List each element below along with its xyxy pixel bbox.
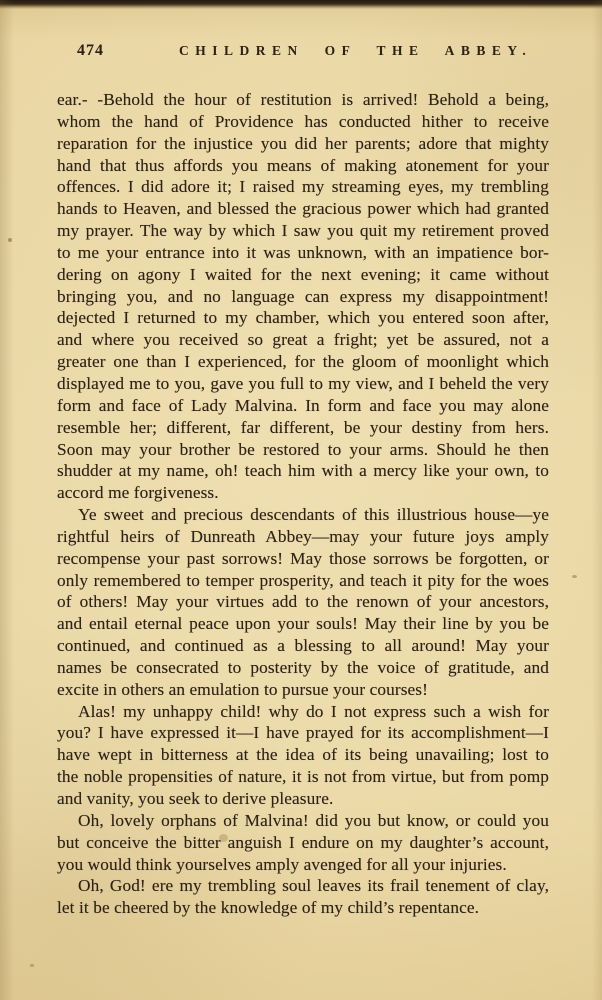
- text-line: recompense your past sorrows! May those …: [57, 548, 549, 570]
- page-header: 474 CHILDREN OF THE ABBEY.: [57, 42, 549, 62]
- text-line: whom the hand of Providence has conducte…: [57, 111, 549, 133]
- page-right-edge-shadow: [592, 0, 602, 1000]
- paper-speck: [572, 575, 577, 578]
- text-line: form and face of Lady Malvina. In form a…: [57, 395, 549, 417]
- text-line: only remembered to temper prosperity, an…: [57, 570, 549, 592]
- text-line: ear.- -Behold the hour of restitution is…: [57, 89, 549, 111]
- text-line: continued, and continued as a blessing t…: [57, 635, 549, 657]
- text-line: the noble propensities of nature, it is …: [57, 766, 549, 788]
- page-left-edge-shadow: [0, 0, 14, 1000]
- text-line: you? I have expressed it—I have prayed f…: [57, 722, 549, 744]
- text-line: shudder at my name, oh! teach him with a…: [57, 460, 549, 482]
- text-line: have wept in bitterness at the idea of i…: [57, 744, 549, 766]
- text-block: ear.- -Behold the hour of restitution is…: [57, 89, 549, 919]
- text-line: my prayer. The way by which I saw you qu…: [57, 220, 549, 242]
- paragraph: Oh, lovely orphans of Malvina! did you b…: [57, 810, 549, 876]
- text-line: to me your entrance into it was unknown,…: [57, 242, 549, 264]
- text-line: and where you received so great a fright…: [57, 329, 549, 351]
- text-line: offences. I did adore it; I raised my st…: [57, 176, 549, 198]
- text-line: Oh, lovely orphans of Malvina! did you b…: [57, 810, 549, 832]
- text-line: excite in others an emulation to pursue …: [57, 679, 549, 701]
- text-line: dering on agony I waited for the next ev…: [57, 264, 549, 286]
- text-line: resemble her; different, far different, …: [57, 417, 549, 439]
- text-line: reparation for the injustice you did her…: [57, 133, 549, 155]
- paper-speck: [8, 238, 12, 242]
- text-line: hand that thus affords you means of maki…: [57, 155, 549, 177]
- text-line: displayed me to you, gave you full to my…: [57, 373, 549, 395]
- text-line: you would think yourselves amply avenged…: [57, 854, 549, 876]
- text-line: accord me forgiveness.: [57, 482, 549, 504]
- text-line: greater one than I experienced, for the …: [57, 351, 549, 373]
- text-line: bringing you, and no language can expres…: [57, 286, 549, 308]
- paragraph: ear.- -Behold the hour of restitution is…: [57, 89, 549, 504]
- text-line: names be consecrated to posterity by the…: [57, 657, 549, 679]
- text-line: Oh, God! ere my trembling soul leaves it…: [57, 875, 549, 897]
- page-number: 474: [77, 42, 104, 60]
- text-line: dejected I returned to my chamber, which…: [57, 307, 549, 329]
- text-line: Ye sweet and precious descendants of thi…: [57, 504, 549, 526]
- text-line: and vanity, you seek to derive pleasure.: [57, 788, 549, 810]
- text-line: hands to Heaven, and blessed the graciou…: [57, 198, 549, 220]
- paragraph: Ye sweet and precious descendants of thi…: [57, 504, 549, 701]
- book-page-scan: { "page": { "number": "474", "running_ti…: [0, 0, 602, 1000]
- text-line: let it be cheered by the knowledge of my…: [57, 897, 549, 919]
- running-title: CHILDREN OF THE ABBEY.: [179, 43, 532, 59]
- paragraph: Alas! my unhappy child! why do I not exp…: [57, 701, 549, 810]
- page-top-edge-shadow: [0, 0, 602, 9]
- text-line: rightful heirs of Dunreath Abbey—may you…: [57, 526, 549, 548]
- text-line: and entail eternal peace upon your souls…: [57, 613, 549, 635]
- text-line: Alas! my unhappy child! why do I not exp…: [57, 701, 549, 723]
- text-line: but conceive the bitter anguish I endure…: [57, 832, 549, 854]
- paper-speck: [30, 964, 34, 967]
- paragraph: Oh, God! ere my trembling soul leaves it…: [57, 875, 549, 919]
- text-line: of others! May your virtues add to the r…: [57, 591, 549, 613]
- text-line: Soon may your brother be restored to you…: [57, 439, 549, 461]
